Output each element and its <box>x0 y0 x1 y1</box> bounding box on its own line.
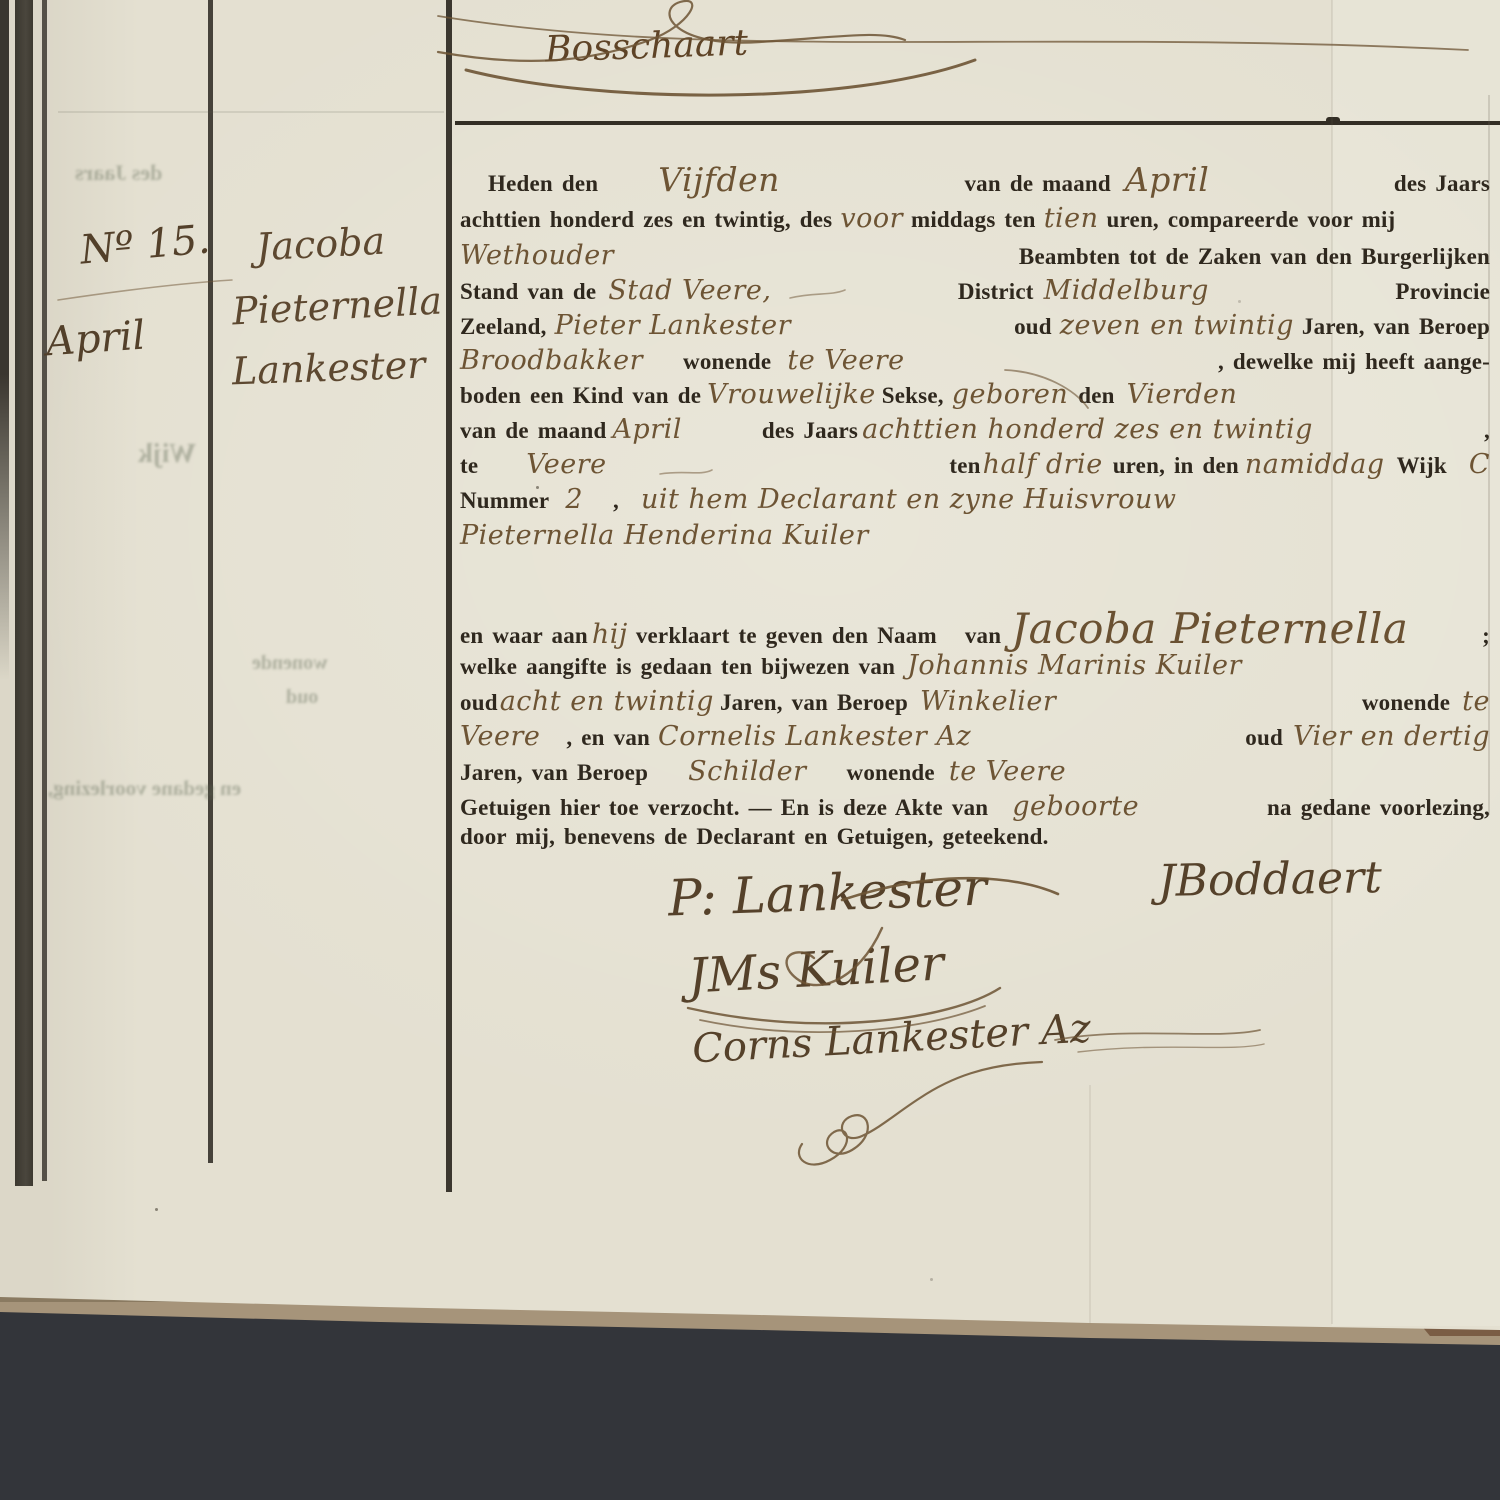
child-name-line: Jacoba <box>255 219 386 270</box>
act-line: door mij, benevens de Declarant en Getui… <box>460 824 1490 850</box>
act-line: Stand van de Stad Veere, District Middel… <box>460 275 1490 306</box>
form-top-rule <box>455 121 1500 125</box>
printed-text: boden een Kind van de <box>460 383 701 409</box>
handwritten-text: Pieternella Henderina Kuiler <box>460 520 869 551</box>
handwritten-text: voor <box>840 203 903 234</box>
handwritten-text: zeven en twintig <box>1060 310 1294 341</box>
handwritten-text: acht en twintig <box>500 686 714 717</box>
handwritten-text: Broodbakker <box>460 345 643 376</box>
handwritten-text: Jacoba Pieternella <box>1011 604 1408 653</box>
column-rule <box>446 0 452 1192</box>
handwritten-text: half drie <box>983 449 1103 480</box>
printed-text: des Jaars <box>762 418 858 444</box>
handwritten-text: te Veere <box>949 756 1066 787</box>
printed-text: wonende <box>847 760 935 786</box>
act-line: achttien honderd zes en twintig, des voo… <box>460 203 1490 234</box>
printed-text: District <box>958 279 1034 305</box>
printed-text: van de maand <box>460 418 606 444</box>
handwritten-text: te <box>1462 686 1490 717</box>
printed-text: , dewelke mij heeft aange- <box>1218 349 1490 375</box>
printed-text: Nummer <box>460 488 549 514</box>
printed-text: en waar aan <box>460 623 588 649</box>
bleedthrough-text: wonende <box>252 652 328 675</box>
signature-bosschaart: Bosschaart <box>544 22 748 70</box>
act-line: Zeeland, Pieter Lankester oud zeven en t… <box>460 310 1490 341</box>
printed-text: Wijk <box>1397 453 1447 479</box>
bleedthrough-text: Wijk <box>138 438 196 469</box>
printed-text: ten <box>949 453 980 479</box>
printed-text: Stand van de <box>460 279 596 305</box>
signature-declarant: P: Lankester <box>667 858 988 927</box>
printed-text: Getuigen hier toe verzocht. — En is deze… <box>460 795 988 821</box>
printed-text: Jaren, van Beroep <box>1302 314 1490 340</box>
printed-text: verklaart te geven den Naam <box>636 623 937 649</box>
handwritten-text: Veere <box>526 449 606 480</box>
act-line: van de maand April des Jaars achttien ho… <box>460 414 1490 445</box>
handwritten-text: Wethouder <box>460 240 614 271</box>
printed-text: des Jaars <box>1394 171 1490 197</box>
handwritten-text: tien <box>1044 203 1099 234</box>
act-line: Wethouder Beambten tot de Zaken van den … <box>460 240 1490 271</box>
act-line: Jaren, van Beroep Schilder wonende te Ve… <box>460 756 1490 787</box>
handwritten-text: hij <box>592 619 628 650</box>
printed-text: achttien honderd zes en twintig, des <box>460 207 832 233</box>
act-line: welke aangifte is gedaan ten bijwezen va… <box>460 650 1490 681</box>
handwritten-text: uit hem Declarant en zyne Huisvrouw <box>641 484 1177 515</box>
handwritten-text: Winkelier <box>920 686 1056 717</box>
handwritten-text: geboren <box>952 379 1069 410</box>
handwritten-text: Cornelis Lankester Az <box>658 721 971 752</box>
bleedthrough-text: des Jaars <box>75 160 162 186</box>
printed-text: Sekse, <box>882 383 944 409</box>
bleedthrough-rule <box>58 111 444 113</box>
printed-text: te <box>460 453 478 479</box>
printed-text: uren, in den <box>1113 453 1239 479</box>
act-line: Getuigen hier toe verzocht. — En is deze… <box>460 791 1490 822</box>
printed-text: Provincie <box>1395 279 1490 305</box>
binding-edge-line <box>0 0 9 680</box>
handwritten-text: Vier en dertig <box>1293 721 1490 752</box>
printed-text: Jaren, van Beroep <box>460 760 648 786</box>
handwritten-text: Vierden <box>1127 379 1238 410</box>
dust-speck <box>155 1208 158 1211</box>
printed-text: door mij, benevens de Declarant en Getui… <box>460 824 1049 850</box>
handwritten-text: namiddag <box>1245 449 1385 480</box>
printed-text: middags ten <box>911 207 1036 233</box>
printed-text: oud <box>1014 314 1052 340</box>
handwritten-text: Stad Veere, <box>608 275 771 306</box>
act-line: Broodbakker wonende te Veere , dewelke m… <box>460 345 1490 376</box>
bleedthrough-text: oud <box>286 686 318 709</box>
handwritten-text: Pieter Lankester <box>555 310 791 341</box>
handwritten-text: C <box>1469 449 1490 480</box>
printed-text: van <box>965 623 1001 649</box>
handwritten-text: te Veere <box>787 345 904 376</box>
printed-text: wonende <box>1362 690 1450 716</box>
act-month: April <box>45 313 147 366</box>
printed-text: , en van <box>566 725 650 751</box>
handwritten-text: geboorte <box>1012 791 1139 822</box>
act-line: boden een Kind van de Vrouwelijke Sekse,… <box>460 379 1490 410</box>
binding-edge-line <box>15 0 33 1186</box>
dust-speck <box>930 1278 933 1281</box>
act-line: Pieternella Henderina Kuiler <box>460 520 1490 551</box>
bleedthrough-text: en gedane voorlezing, <box>48 776 241 801</box>
printed-text: wonende <box>683 349 771 375</box>
child-name-line: Lankester <box>231 343 426 394</box>
act-line: en waar aan hij verklaart te geven den N… <box>460 604 1490 653</box>
act-line: oud acht en twintig Jaren, van Beroep Wi… <box>460 686 1490 717</box>
printed-text: oud <box>460 690 498 716</box>
printed-text: Heden den <box>488 171 598 197</box>
printed-text: na gedane voorlezing, <box>1267 795 1490 821</box>
act-line: Heden den Vijfden van de maand April des… <box>460 160 1490 199</box>
handwritten-text: April <box>612 414 681 445</box>
act-line: Veere , en van Cornelis Lankester Az oud… <box>460 721 1490 752</box>
binding-edge-line <box>42 0 47 1181</box>
handwritten-text: Veere <box>460 721 540 752</box>
handwritten-text: Vijfden <box>658 160 780 199</box>
scanned-birth-record: { "colors":{"paper":"#e4e0d1","backdrop"… <box>0 0 1500 1500</box>
printed-text: Zeeland, <box>460 314 547 340</box>
printed-text: uren, compareerde voor mij <box>1107 207 1396 233</box>
printed-text: oud <box>1245 725 1283 751</box>
act-line: te Veere ten half drie uren, in den nami… <box>460 449 1490 480</box>
signature-official: JBoddaert <box>1158 852 1383 907</box>
printed-text: ; <box>1482 623 1490 649</box>
printed-text: Jaren, van Beroep <box>720 690 908 716</box>
printed-text: den <box>1078 383 1114 409</box>
printed-text: Beambten tot de Zaken van den Burgerlijk… <box>1019 244 1490 270</box>
printed-text: van de maand <box>964 171 1110 197</box>
form-top-rule <box>1326 117 1340 122</box>
fold-crease <box>1089 1085 1091 1323</box>
handwritten-text: achttien honderd zes en twintig <box>862 414 1313 445</box>
printed-text: , <box>613 488 619 514</box>
handwritten-text: Vrouwelijke <box>707 379 876 410</box>
printed-text: , <box>1484 418 1490 444</box>
act-line: Nummer 2 , uit hem Declarant en zyne Hui… <box>460 484 1490 515</box>
printed-text: welke aangifte is gedaan ten bijwezen va… <box>460 654 895 680</box>
handwritten-text: 2 <box>565 484 583 515</box>
handwritten-text: Johannis Marinis Kuiler <box>907 650 1242 681</box>
handwritten-text: Middelburg <box>1044 275 1209 306</box>
handwritten-text: Schilder <box>688 756 806 787</box>
column-rule <box>208 0 213 1163</box>
handwritten-text: April <box>1125 160 1209 199</box>
